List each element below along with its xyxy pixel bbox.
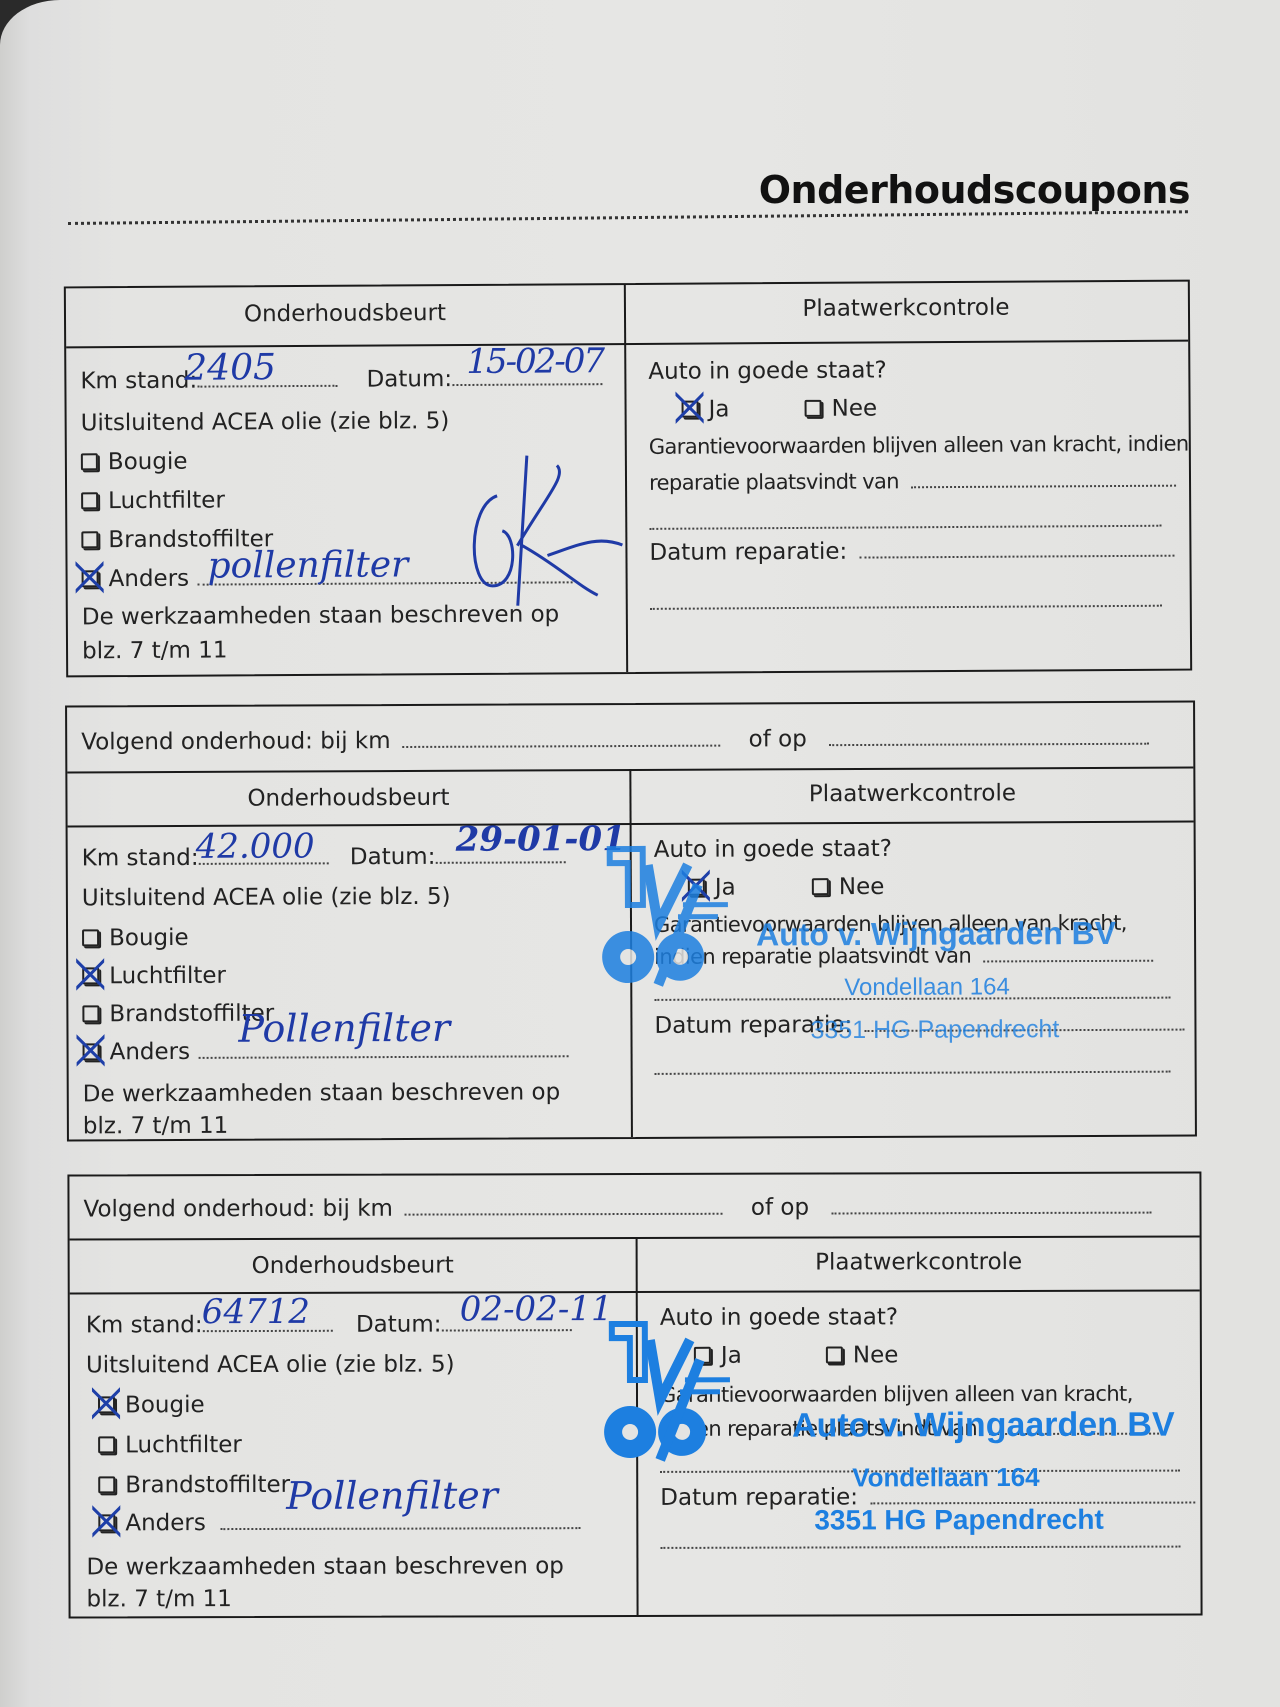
volgend-onderhoud-field[interactable]: Volgend onderhoud: bij kmof op [81,725,1149,756]
radio-nee[interactable]: Nee [812,874,885,900]
garantie-note: Garantievoorwaarden blijven alleen van k… [649,432,1189,459]
auto-goede-staat-label: Auto in goede staat? [648,357,886,384]
datum-label: Datum: [356,1312,442,1338]
header-plaatwerkcontrole: Plaatwerkcontrole [626,294,1186,323]
checkbox-checked-icon[interactable] [682,401,699,418]
checkbox-icon[interactable] [81,492,98,509]
checkbox-icon[interactable] [812,878,829,895]
datum-dotted-line [452,383,602,386]
checkbox-icon[interactable] [805,400,822,417]
garantie-label: reparatie plaatsvindt van [649,469,899,495]
header-plaatwerkcontrole: Plaatwerkcontrole [631,780,1193,808]
garage-field[interactable] [983,960,1153,963]
header-onderhoudsbeurt: Onderhoudsbeurt [66,299,624,328]
checkbox-icon[interactable] [81,531,98,548]
volgend-datum-dotted-line[interactable] [831,1212,1151,1215]
header-plaatwerkcontrole: Plaatwerkcontrole [638,1249,1200,1276]
of-op-label: of op [749,726,807,752]
signature-icon [447,435,628,616]
km-stand-label: Km stand: [80,368,197,395]
datum-label: Datum: [350,844,436,870]
stamp-garage-name: Auto v. Wijngaarden BV [756,915,1116,954]
page-title: Onderhoudscoupons [759,168,1190,212]
checkbox-icon[interactable] [98,1476,115,1493]
acea-note: Uitsluitend ACEA olie (zie blz. 5) [86,1351,455,1378]
datum-reparatie-field-2[interactable] [655,1053,1171,1081]
check-bougie[interactable]: Bougie [98,1392,205,1418]
check-luchtfilter[interactable]: Luchtfilter [81,487,225,514]
werkzaamheden-pages: blz. 7 t/m 11 [82,637,228,664]
garage-field[interactable] [911,485,1176,489]
coupon-1: Onderhoudsbeurt Plaatwerkcontrole Km sta… [64,280,1192,678]
km-stand-label: Km stand: [82,845,199,872]
anders-value: Pollenfilter [238,1006,450,1051]
radio-nee[interactable]: Nee [826,1342,899,1368]
checkbox-checked-icon[interactable] [82,570,99,587]
volgend-onderhoud-label: Volgend onderhoud: bij km [83,1196,392,1223]
stamp-garage-name: Auto v. Wijngaarden BV [792,1406,1175,1446]
radio-ja[interactable]: Ja [682,396,730,422]
checkbox-icon[interactable] [82,929,99,946]
checkbox-checked-icon[interactable] [98,1514,115,1531]
datum-value: 15-02-07 [466,341,603,382]
bougie-label: Bougie [108,449,188,475]
km-stand-value: 2405 [184,347,276,389]
check-brandstoffilter[interactable]: Brandstoffilter [98,1472,290,1499]
coupon-2: Volgend onderhoud: bij kmof op Onderhoud… [65,701,1197,1142]
checkbox-icon[interactable] [98,1436,115,1453]
nee-label: Nee [839,874,885,900]
bougie-label: Bougie [109,925,189,951]
garantie-note-cont: reparatie plaatsvindt van [649,468,1176,495]
coupon-3: Volgend onderhoud: bij kmof op Onderhoud… [67,1172,1202,1619]
stamp-city: 3351 HG Papendrecht [810,1015,1059,1045]
datum-reparatie-field[interactable]: Datum reparatie: [649,537,1174,566]
check-bougie[interactable]: Bougie [82,925,189,951]
brandstoffilter-label: Brandstoffilter [125,1472,290,1498]
garage-stamp-logo-icon [598,845,739,996]
anders-value: pollenfilter [207,544,408,586]
check-luchtfilter[interactable]: Luchtfilter [98,1432,242,1458]
datum-reparatie-label: Datum reparatie: [649,539,847,566]
checkbox-icon[interactable] [81,453,98,470]
nee-label: Nee [831,395,877,421]
werkzaamheden-note: De werkzaamheden staan beschreven op [86,1553,563,1580]
header-onderhoudsbeurt: Onderhoudsbeurt [70,1252,636,1279]
ja-label: Ja [709,396,730,422]
check-luchtfilter[interactable]: Luchtfilter [82,963,226,990]
booklet-page: Onderhoudscoupons Onderhoudsbeurt Plaatw… [0,0,1280,1707]
anders-label: Anders [109,566,190,592]
anders-label: Anders [110,1039,191,1065]
check-bougie[interactable]: Bougie [81,449,188,476]
km-stand-value: 64712 [202,1292,310,1332]
volgend-onderhoud-label: Volgend onderhoud: bij km [81,728,391,755]
of-op-label: of op [751,1195,809,1221]
stamp-street: Vondellaan 164 [852,1462,1039,1493]
km-stand-value: 42.000 [196,826,315,867]
stamp-street: Vondellaan 164 [844,973,1010,1002]
anders-label: Anders [125,1510,206,1536]
stamp-city: 3351 HG Papendrecht [814,1504,1104,1537]
radio-nee[interactable]: Nee [804,395,877,421]
datum-reparatie-field-2[interactable] [650,587,1162,616]
volgend-onderhoud-field[interactable]: Volgend onderhoud: bij kmof op [83,1194,1151,1223]
checkbox-icon[interactable] [826,1346,843,1363]
luchtfilter-label: Luchtfilter [109,963,226,990]
volgend-km-dotted-line[interactable] [403,745,721,748]
luchtfilter-label: Luchtfilter [125,1432,242,1458]
bougie-label: Bougie [125,1392,205,1418]
title-divider [68,210,1188,225]
luchtfilter-label: Luchtfilter [108,487,225,514]
werkzaamheden-note: De werkzaamheden staan beschreven op [83,1079,561,1107]
nee-label: Nee [853,1342,899,1368]
checkbox-checked-icon[interactable] [82,967,99,984]
volgend-datum-dotted-line[interactable] [829,743,1149,746]
datum-label: Datum: [366,366,452,393]
werkzaamheden-pages: blz. 7 t/m 11 [83,1113,229,1140]
acea-note: Uitsluitend ACEA olie (zie blz. 5) [82,884,451,912]
checkbox-checked-icon[interactable] [83,1043,100,1060]
checkbox-icon[interactable] [82,1005,99,1022]
werkzaamheden-pages: blz. 7 t/m 11 [86,1586,231,1612]
header-onderhoudsbeurt: Onderhoudsbeurt [67,784,629,812]
volgend-km-dotted-line[interactable] [405,1213,723,1216]
km-stand-label: Km stand: [86,1312,203,1338]
anders-value: Pollenfilter [286,1473,498,1518]
garage-field-2[interactable] [649,507,1161,536]
acea-note: Uitsluitend ACEA olie (zie blz. 5) [81,408,450,436]
datum-value: 02-02-11 [460,1289,613,1329]
werkzaamheden-note: De werkzaamheden staan beschreven op [82,601,560,630]
checkbox-checked-icon[interactable] [98,1396,115,1413]
garage-stamp-logo-icon [600,1320,740,1470]
